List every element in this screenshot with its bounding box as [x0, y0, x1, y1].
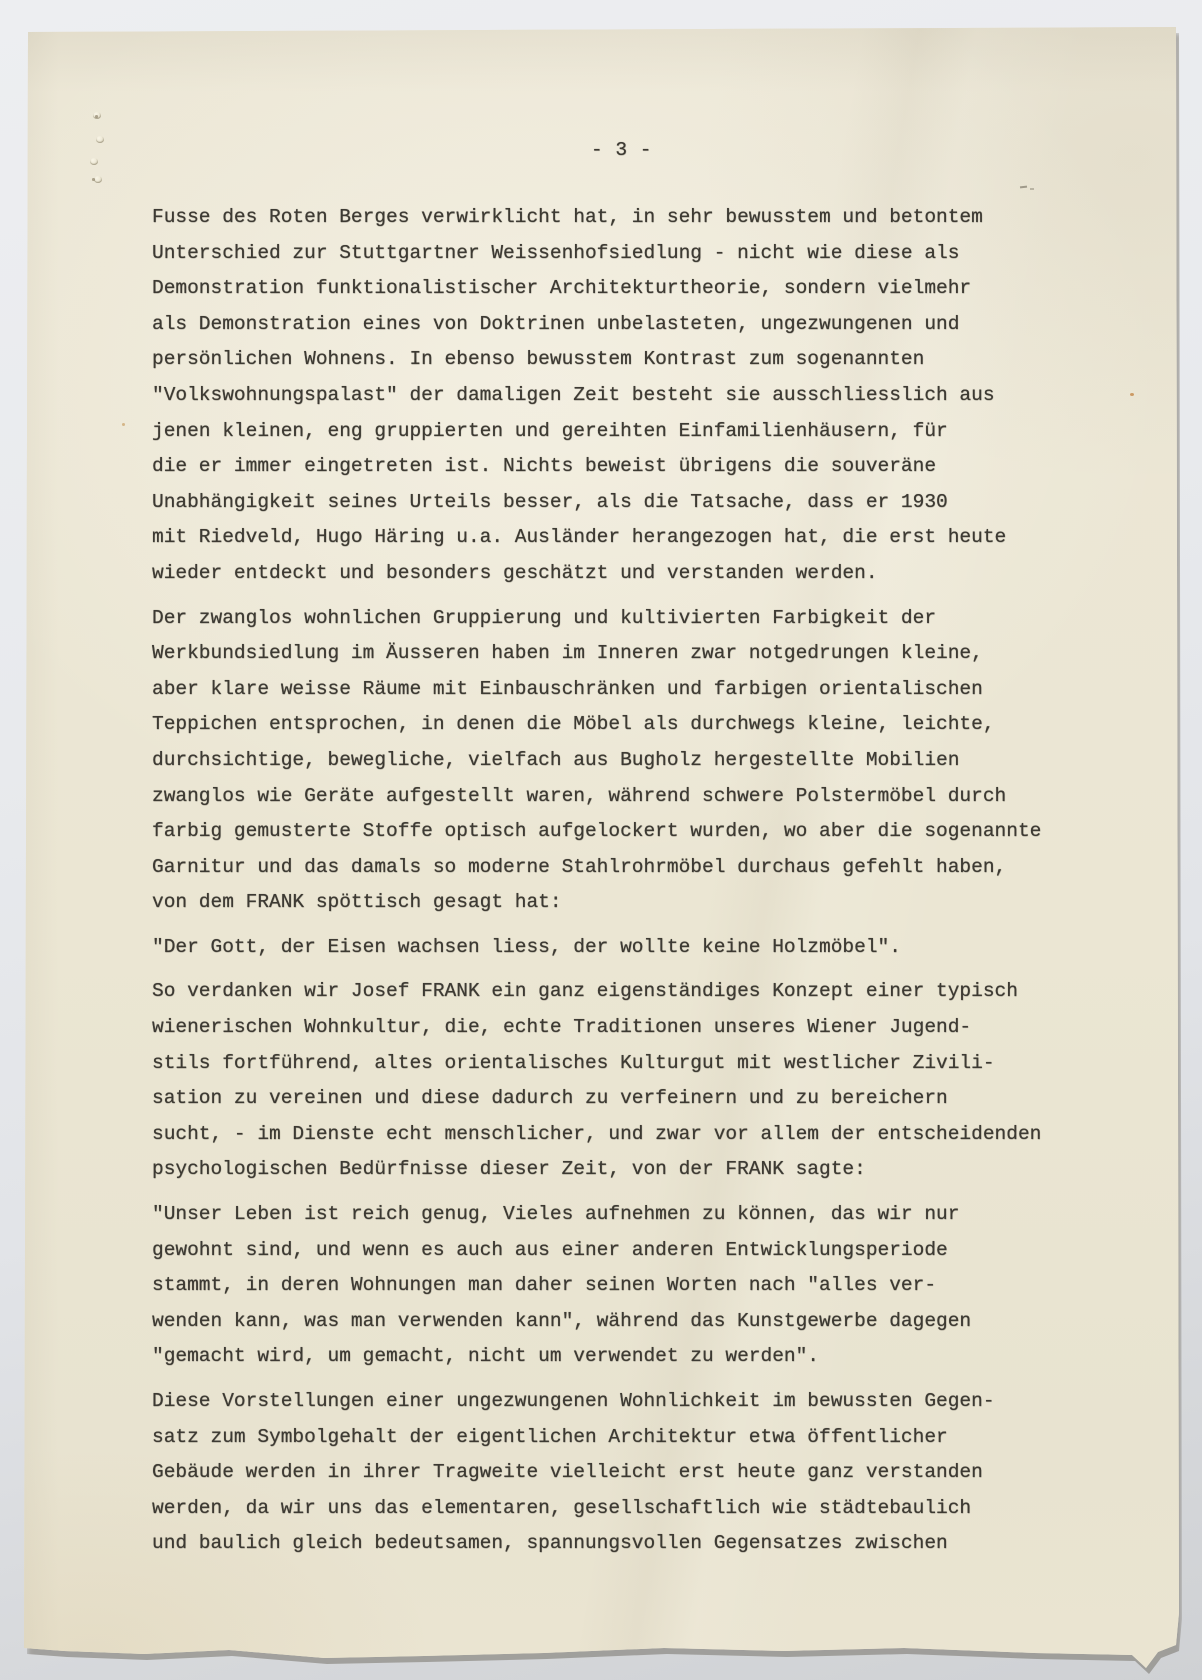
- text-line: von dem FRANK spöttisch gesagt hat:: [152, 885, 1067, 921]
- paper-speck: [122, 423, 125, 426]
- paragraph: Fusse des Roten Berges verwirklicht hat,…: [152, 200, 1067, 592]
- paragraph: "Der Gott, der Eisen wachsen liess, der …: [152, 930, 1067, 966]
- text-line: Der zwanglos wohnlichen Gruppierung und …: [152, 601, 1067, 637]
- paper-speck: [1130, 393, 1134, 396]
- text-line: die er immer eingetreten ist. Nichts bew…: [152, 449, 1067, 485]
- text-line: mit Riedveld, Hugo Häring u.a. Ausländer…: [152, 520, 1067, 556]
- text-line: Diese Vorstellungen einer ungezwungenen …: [152, 1384, 1067, 1420]
- paragraph: Der zwanglos wohnlichen Gruppierung und …: [152, 601, 1067, 921]
- text-line: Gebäude werden in ihrer Tragweite vielle…: [152, 1455, 1067, 1491]
- text-line: wieder entdeckt und besonders geschätzt …: [152, 556, 1067, 592]
- staple-mark: [94, 176, 102, 183]
- staple-mark-dot: [95, 115, 98, 118]
- text-line: Garnitur und das damals so moderne Stahl…: [152, 850, 1067, 886]
- text-line: aber klare weisse Räume mit Einbauschrän…: [152, 672, 1067, 708]
- text-line: Fusse des Roten Berges verwirklicht hat,…: [152, 200, 1067, 236]
- text-line: satz zum Symbolgehalt der eigentlichen A…: [152, 1420, 1067, 1456]
- text-line: wenden kann, was man verwenden kann", wä…: [152, 1304, 1067, 1340]
- text-line: farbig gemusterte Stoffe optisch aufgelo…: [152, 814, 1067, 850]
- text-line: stammt, in deren Wohnungen man daher sei…: [152, 1268, 1067, 1304]
- text-line: stils fortführend, altes orientalisches …: [152, 1046, 1067, 1082]
- text-line: zwanglos wie Geräte aufgestellt waren, w…: [152, 779, 1067, 815]
- staple-mark-dot: [92, 178, 95, 181]
- staple-mark: [90, 158, 98, 165]
- text-line: persönlichen Wohnens. In ebenso bewusste…: [152, 342, 1067, 378]
- paragraph: Diese Vorstellungen einer ungezwungenen …: [152, 1384, 1067, 1562]
- text-line: "Der Gott, der Eisen wachsen liess, der …: [152, 930, 1067, 966]
- paper-sheet: - 3 - Fusse des Roten Berges verwirklich…: [24, 27, 1179, 1672]
- text-line: als Demonstration eines von Doktrinen un…: [152, 307, 1067, 343]
- paragraph: "Unser Leben ist reich genug, Vieles auf…: [152, 1197, 1067, 1375]
- text-line: Teppichen entsprochen, in denen die Möbe…: [152, 707, 1067, 743]
- text-line: Unterschied zur Stuttgartner Weissenhofs…: [152, 236, 1067, 272]
- text-line: wienerischen Wohnkultur, die, echte Trad…: [152, 1010, 1067, 1046]
- text-line: werden, da wir uns das elementaren, gese…: [152, 1491, 1067, 1527]
- text-line: Unabhängigkeit seines Urteils besser, al…: [152, 485, 1067, 521]
- text-line: psychologischen Bedürfnisse dieser Zeit,…: [152, 1152, 1067, 1188]
- text-line: durchsichtige, bewegliche, vielfach aus …: [152, 743, 1067, 779]
- text-line: sation zu vereinen und diese dadurch zu …: [152, 1081, 1067, 1117]
- text-line: und baulich gleich bedeutsamen, spannung…: [152, 1526, 1067, 1562]
- text-line: gewohnt sind, und wenn es auch aus einer…: [152, 1233, 1067, 1269]
- text-line: jenen kleinen, eng gruppierten und gerei…: [152, 414, 1067, 450]
- pencil-dash-mark: [1020, 185, 1038, 193]
- text-line: "Unser Leben ist reich genug, Vieles auf…: [152, 1197, 1067, 1233]
- text-line: "Volkswohnungspalast" der damaligen Zeit…: [152, 378, 1067, 414]
- text-line: sucht, - im Dienste echt menschlicher, u…: [152, 1117, 1067, 1153]
- paragraph: So verdanken wir Josef FRANK ein ganz ei…: [152, 974, 1067, 1188]
- text-line: Demonstration funktionalistischer Archit…: [152, 271, 1067, 307]
- page-number: - 3 -: [591, 133, 652, 169]
- text-body: Fusse des Roten Berges verwirklicht hat,…: [152, 200, 1067, 1571]
- page-background: - 3 - Fusse des Roten Berges verwirklich…: [0, 0, 1202, 1680]
- text-line: So verdanken wir Josef FRANK ein ganz ei…: [152, 974, 1067, 1010]
- text-line: "gemacht wird, um gemacht, nicht um verw…: [152, 1339, 1067, 1375]
- text-line: Werkbundsiedlung im Äusseren haben im In…: [152, 636, 1067, 672]
- staple-mark: [96, 136, 104, 143]
